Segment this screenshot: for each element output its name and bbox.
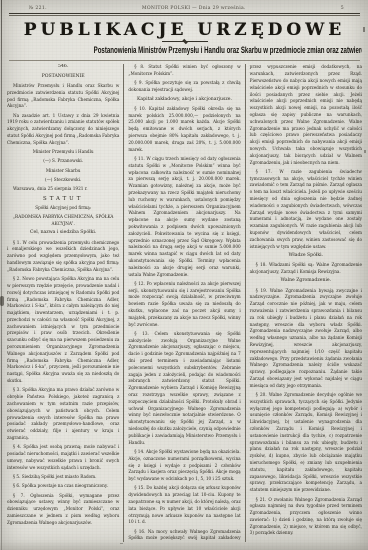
article-block-center: Spółki Akcyjnej pod firmą:	[7, 205, 119, 212]
article-block-para: § 9. Spółka poczytuje się za powstałą z …	[128, 80, 240, 94]
article-block-para: § 3. Spółka Akcyjna ma prawo działać zar…	[7, 387, 119, 441]
article-block-para: § 4. Spółka jest osobą prawną; może naby…	[7, 444, 119, 471]
scan-speck-artifact	[120, 543, 123, 544]
article-block-para: § 14. Akcje Spółki wystawione będą na ok…	[128, 449, 240, 483]
article-block-para: § 12. Po wpłaceniu należności za akcje p…	[128, 281, 240, 329]
article-block-para: § 7. Ogłoszenia Spółki, wymagane przez o…	[7, 493, 119, 527]
masthead-title: MONITOR POLSKI — Dnia 29 września.	[142, 6, 246, 11]
article-block-center: Minister Skarbu	[7, 168, 119, 175]
article-block-bold-para: Ministrów Przemysłu i Handlu oraz Skarbu…	[7, 83, 119, 110]
scan-tick-artifact	[363, 27, 365, 32]
article-block-date: Warszawa, dnia 25 sierpnia 1921 r.	[7, 186, 119, 193]
article-block-para: § 21. O zwołaniu Walnego Zgromadzenia Za…	[250, 497, 362, 538]
article-block-center: (—) S. Przanowski.	[7, 158, 119, 165]
scan-tick-artifact	[364, 150, 366, 153]
title-divider-ornament	[162, 41, 208, 42]
article-block-para: § 20. Walne Zgromadzenie decyduje ogólni…	[250, 392, 362, 494]
article-block-para: § 10. Kapitał zakładowy Spółki określa s…	[128, 106, 240, 154]
article-columns: 546.POSTANOWIENIEMinistrów Przemysłu i H…	[7, 64, 362, 542]
article-block-heading: Cel, nazwa i siedziba Spółki.	[7, 230, 119, 237]
article-block-heading: Walne Zgromadzenie.	[250, 278, 362, 285]
article-block-spaced: STATUT	[7, 196, 119, 203]
article-block-para: Na zasadzie art. 1 Ustawy z dnia 29 kwie…	[7, 113, 119, 147]
article-block-para: § 1. W celu prowadzenia przemysłu chemic…	[7, 240, 119, 274]
article-block-para: § 19. Walne Zgromadzenia bywają zwyczajn…	[250, 288, 362, 390]
section-title: PUBLIKACJE URZĘDOWE	[7, 20, 362, 40]
article-block-heading: POSTANOWIENIE	[7, 74, 119, 81]
article-block-para: § 13. Celem ukonstytuowania się Spółki z…	[128, 331, 240, 447]
article-block-num: 546.	[7, 64, 119, 71]
article-block-para: § 17. W razie zagubienia świadectw tymcz…	[250, 169, 362, 251]
article-block-heading: Kapitał zakładowy, akcje i akcjonarjusze…	[128, 97, 240, 104]
masthead-rule	[9, 13, 360, 16]
scan-blob-artifact	[0, 296, 4, 306]
article-block-heading: Władze Spółki.	[250, 253, 362, 260]
issue-number: № 221.	[29, 6, 47, 11]
article-block-para: § 5. Siedzibą Spółki jest miasto Radom.	[7, 474, 119, 481]
article-block-para: § 6. Spółka powstaje na czas nieogranicz…	[7, 483, 119, 490]
article-headline-text: Postanowienia Ministrów Przemysłu i Hand…	[94, 45, 362, 55]
article-block-para: § 8. Statut Spółki winien być ogłoszony …	[128, 64, 240, 78]
scan-crease-artifact	[1, 0, 2, 550]
article-block-para: § 18. Władzami Spółki są: Walne Zgromadz…	[250, 262, 362, 276]
article-headline: Postanowienia Ministrów Przemysłu i Hand…	[7, 45, 362, 58]
page-number: 5	[341, 6, 344, 11]
article-block-center: (—) Steczkowski.	[7, 177, 119, 184]
article-block-para: § 2. Nowo powstająca Spółka Akcyjna ma n…	[7, 276, 119, 385]
article-block-para: § 15. Do każdej akcji dołącza się arkusz…	[128, 485, 240, 526]
article-block-center: Minister Przemysłu i Handlu	[7, 149, 119, 156]
headline-rule	[9, 60, 360, 61]
masthead-row: № 221. MONITOR POLSKI — Dnia 29 września…	[7, 4, 362, 12]
article-block-center: „RADOMSKA FABRYKA CHEMICZNA, SPÓŁKA AKCY…	[7, 214, 119, 228]
article-block-para: § 11. W ciągu trzech miesięcy od daty og…	[128, 156, 240, 278]
newspaper-page: № 221. MONITOR POLSKI — Dnia 29 września…	[0, 0, 368, 550]
